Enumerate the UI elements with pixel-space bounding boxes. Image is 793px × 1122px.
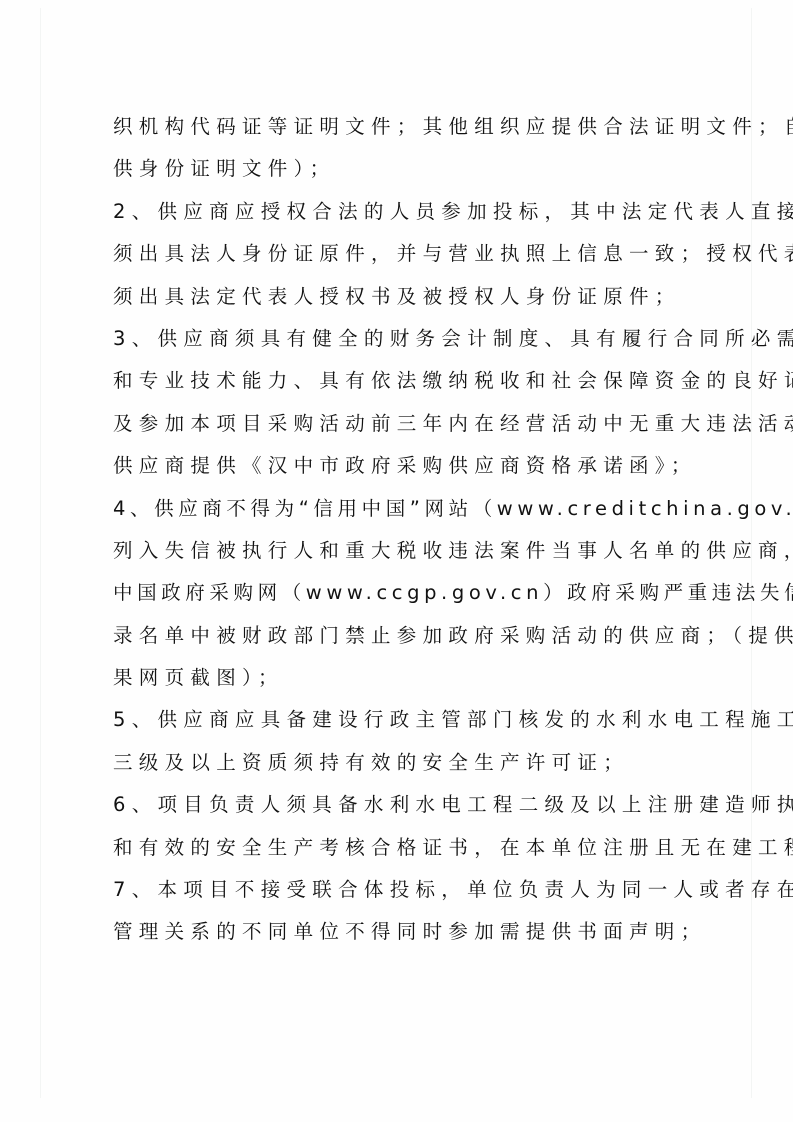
continuation-line-1: 织机构代码证等证明文件；其他组织应提供合法证明文件；自然人提 (113, 112, 693, 154)
item-5-line-1: 5、供应商应具备建设行政主管部门核发的水利水电工程施工总承包 (113, 705, 693, 747)
continuation-line-2: 供身份证明文件）； (113, 154, 693, 196)
item-2-line-1: 2、供应商应授权合法的人员参加投标，其中法定代表人直接参加的， (113, 197, 693, 239)
item-3-line-2: 和专业技术能力、具有依法缴纳税收和社会保障资金的良好记录，以 (113, 366, 693, 408)
item-2-line-3: 须出具法定代表人授权书及被授权人身份证原件； (113, 282, 693, 324)
item-4-line-2: 列入失信被执行人和重大税收违法案件当事人名单的供应商，不得为 (113, 536, 693, 578)
item-6-line-2: 和有效的安全生产考核合格证书，在本单位注册且无在建工程； (113, 833, 693, 875)
item-4-line-3: 中国政府采购网（www.ccgp.gov.cn）政府采购严重违法失信行为记 (113, 578, 693, 620)
item-2-line-2: 须出具法人身份证原件，并与营业执照上信息一致；授权代表参加的， (113, 239, 693, 281)
item-3-line-4: 供应商提供《汉中市政府采购供应商资格承诺函》； (113, 451, 693, 493)
item-4-line-1: 4、供应商不得为“信用中国”网站（www.creditchina.gov.cn）… (113, 494, 693, 536)
item-3-line-1: 3、供应商须具有健全的财务会计制度、具有履行合同所必需的设备 (113, 324, 693, 366)
item-4-line-5: 果网页截图）； (113, 663, 693, 705)
item-6-line-1: 6、项目负责人须具备水利水电工程二级及以上注册建造师执业资格 (113, 790, 693, 832)
item-3-line-3: 及参加本项目采购活动前三年内在经营活动中无重大违法活动记录， (113, 409, 693, 451)
item-7-line-1: 7、本项目不接受联合体投标，单位负责人为同一人或者存在控股、 (113, 875, 693, 917)
document-body: 织机构代码证等证明文件；其他组织应提供合法证明文件；自然人提 供身份证明文件）；… (113, 112, 693, 960)
item-4-line-4: 录名单中被财政部门禁止参加政府采购活动的供应商；（提供查询结 (113, 621, 693, 663)
item-7-line-2: 管理关系的不同单位不得同时参加需提供书面声明； (113, 917, 693, 959)
item-5-line-2: 三级及以上资质须持有效的安全生产许可证； (113, 748, 693, 790)
document-page: 织机构代码证等证明文件；其他组织应提供合法证明文件；自然人提 供身份证明文件）；… (0, 0, 793, 1122)
